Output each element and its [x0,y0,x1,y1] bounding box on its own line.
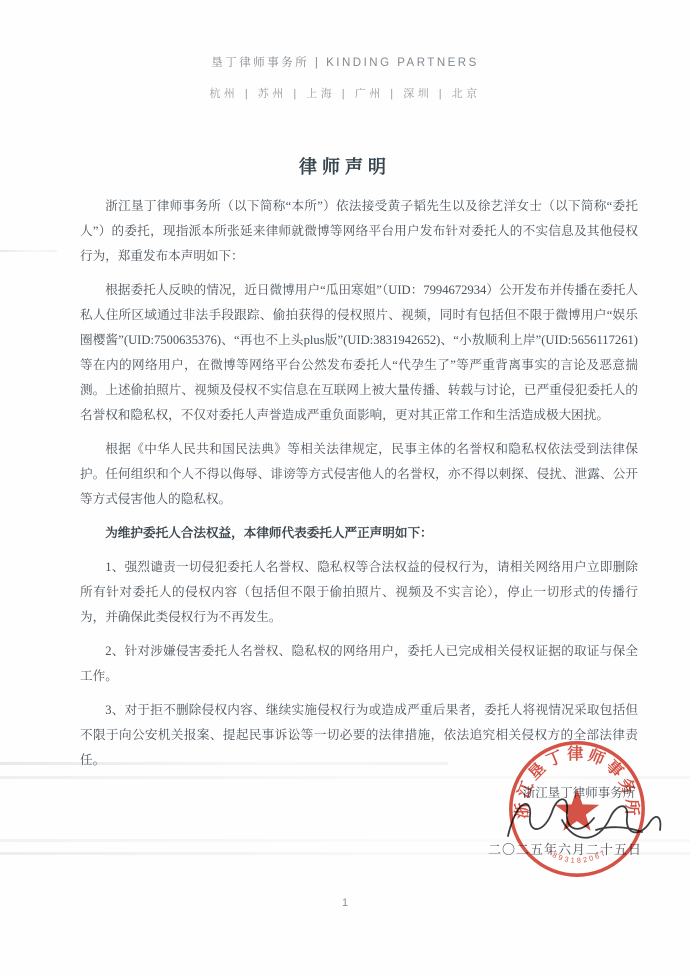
letterhead: 垦丁律师事务所 | KINDING PARTNERS 杭州 | 苏州 | 上海 … [0,54,690,101]
declaration-heading: 为维护委托人合法权益，本律师代表委托人严正声明如下： [80,521,638,546]
page-number: 1 [0,897,690,909]
official-seal-stamp: 浙江垦丁律师事务所 7893182067 [504,736,650,882]
seal-star-icon [555,789,599,831]
seal-number: 7893182067 [545,847,608,865]
document-body: 浙江垦丁律师事务所（以下简称“本所”）依法接受黄子韬先生以及徐艺洋女士（以下简称… [80,194,638,782]
scan-artifact-line [0,250,57,252]
office-cities-line: 杭州 | 苏州 | 上海 | 广州 | 深圳 | 北京 [0,85,690,101]
document-title: 律师声明 [0,153,690,179]
statement-item-1: 1、强烈谴责一切侵犯委托人名誉权、隐私权等合法权益的侵权行为，请相关网络用户立即… [80,555,638,630]
scan-artifact-line [0,762,448,765]
document-page: 垦丁律师事务所 | KINDING PARTNERS 杭州 | 苏州 | 上海 … [0,0,690,976]
legal-basis-paragraph: 根据《中华人民共和国民法典》等相关法律规定，民事主体的名誉权和隐私权依法受到法律… [80,437,638,512]
statement-item-2: 2、针对涉嫌侵害委托人名誉权、隐私权的网络用户，委托人已完成相关侵权证据的取证与… [80,639,638,689]
facts-paragraph: 根据委托人反映的情况，近日微博用户“瓜田寒姐”（UID：7994672934）公… [80,278,638,428]
intro-paragraph: 浙江垦丁律师事务所（以下简称“本所”）依法接受黄子韬先生以及徐艺洋女士（以下简称… [80,194,638,269]
firm-name-line: 垦丁律师事务所 | KINDING PARTNERS [0,54,690,70]
